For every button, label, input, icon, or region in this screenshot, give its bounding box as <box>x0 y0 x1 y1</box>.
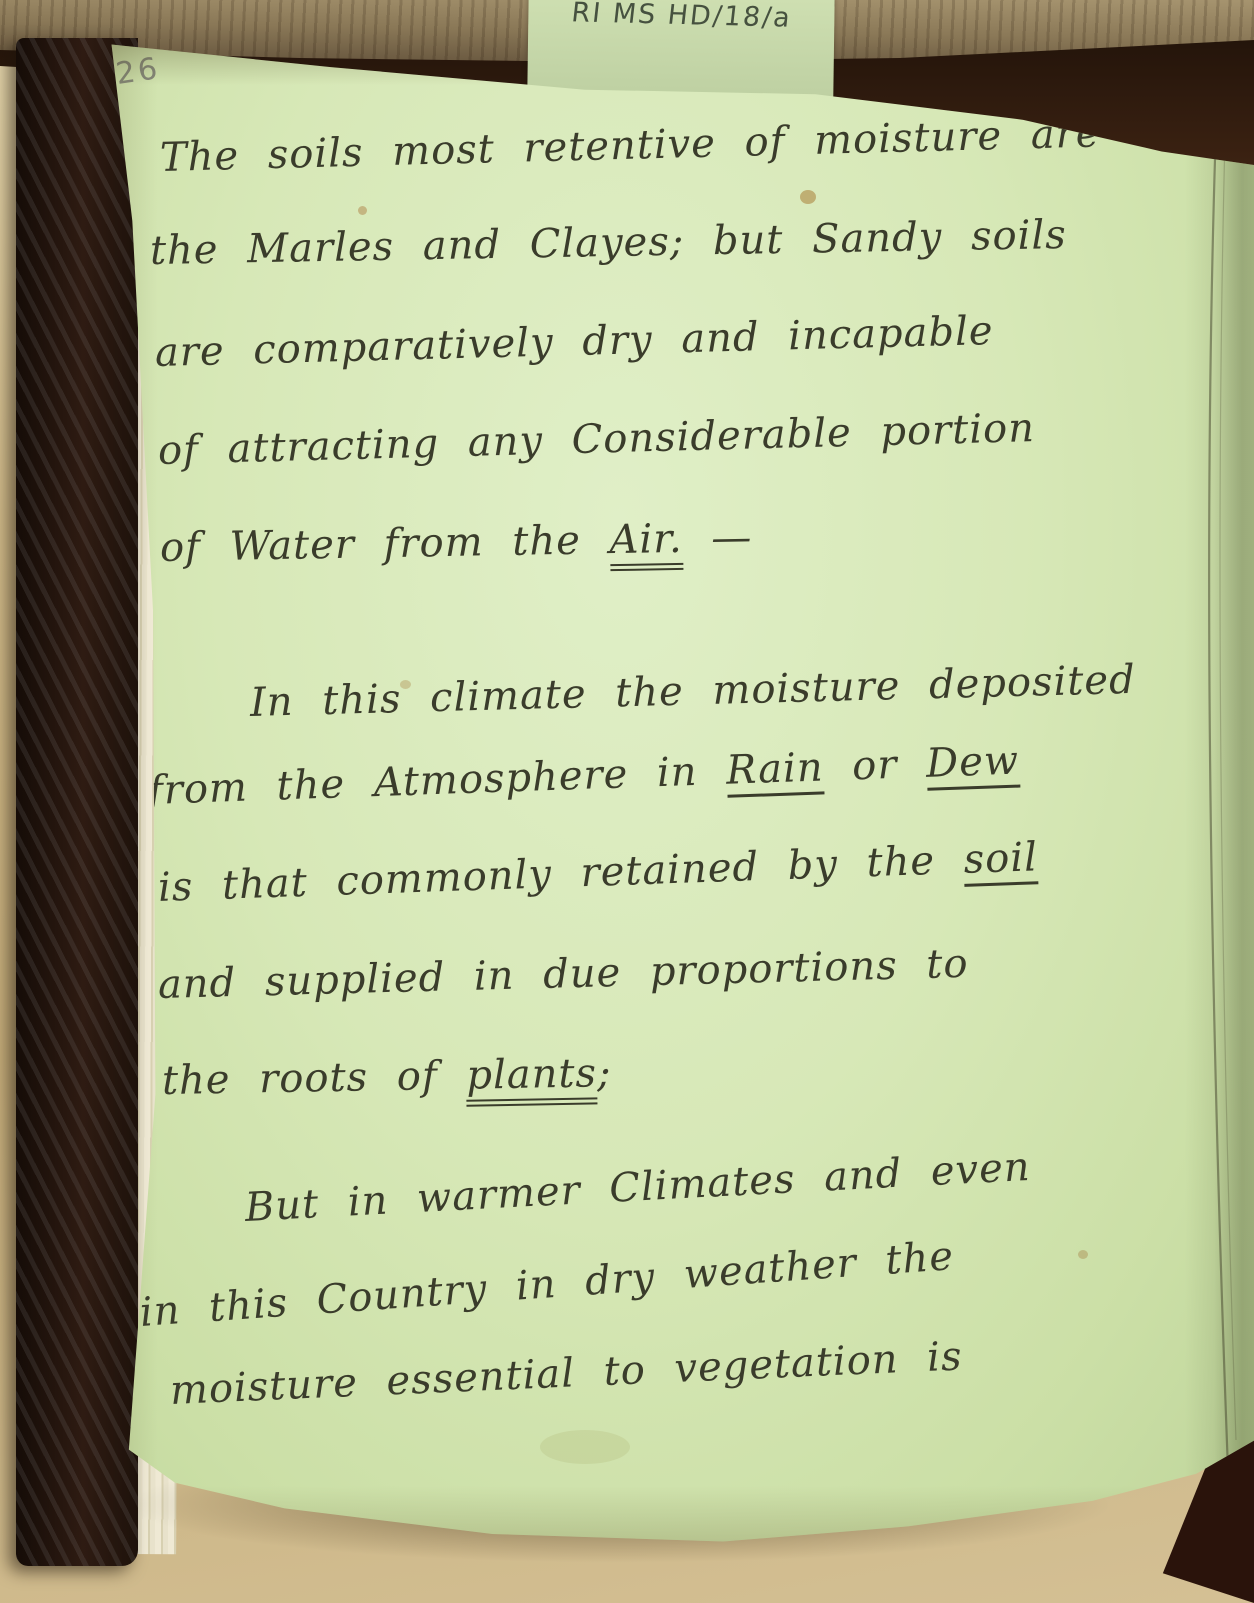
manuscript-text: In this climate the moisture deposited <box>249 657 1136 726</box>
manuscript-text: moisture essential to vegetation is <box>169 1333 963 1414</box>
manuscript-line: and supplied in due proportions to <box>157 941 969 1008</box>
underlined-word: Dew <box>925 738 1020 791</box>
manuscript-text: — <box>682 515 753 562</box>
underlined-word: Air. <box>609 516 683 571</box>
manuscript-line: from the Atmosphere in Rain or Dew <box>147 738 1020 814</box>
manuscript-text: The soils most retentive of moisture are <box>159 110 1101 181</box>
manuscript-text: But in warmer Climates and even <box>244 1144 1032 1231</box>
manuscript-text: the roots of <box>162 1053 467 1104</box>
manuscript-line: the roots of plants; <box>162 1050 612 1104</box>
underlined-word: soil <box>963 834 1039 887</box>
manuscript-line: in this Country in dry weather the <box>138 1233 955 1336</box>
manuscript-line: of Water from the Air. — <box>160 515 753 571</box>
manuscript-text: of attracting any Considerable portion <box>157 405 1035 474</box>
manuscript-line: But in warmer Climates and even <box>244 1144 1032 1231</box>
archive-tag: RI MS HD/18/a <box>527 0 834 98</box>
manuscript-text: ; <box>597 1050 612 1096</box>
manuscript-lines: The soils most retentive of moisture are… <box>100 40 1254 1546</box>
manuscript-line: moisture essential to vegetation is <box>169 1333 963 1414</box>
manuscript-text: of Water from the <box>160 517 610 571</box>
manuscript-text: from the Atmosphere in <box>147 748 727 814</box>
manuscript-text: in this Country in dry weather the <box>138 1233 955 1336</box>
manuscript-line: are comparatively dry and incapable <box>154 308 994 376</box>
photo-scene: RI MS HD/18/a 26 The soils most retentiv… <box>0 0 1254 1603</box>
manuscript-text: is that commonly retained by the <box>157 837 964 911</box>
manuscript-line: In this climate the moisture deposited <box>249 657 1136 726</box>
underlined-word: plants <box>466 1050 598 1106</box>
manuscript-line: of attracting any Considerable portion <box>157 405 1035 474</box>
manuscript-text: or <box>823 741 927 791</box>
book-cover-left <box>16 38 138 1566</box>
manuscript-line: the Marles and Clayes; but Sandy soils <box>150 212 1067 274</box>
manuscript-line: The soils most retentive of moisture are <box>159 110 1101 181</box>
manuscript-text: are comparatively dry and incapable <box>154 308 994 376</box>
manuscript-text: and supplied in due proportions to <box>157 941 969 1008</box>
archive-tag-label: RI MS HD/18/a <box>570 0 794 34</box>
manuscript-text: the Marles and Clayes; but Sandy soils <box>150 212 1067 274</box>
underlined-word: Rain <box>725 744 824 797</box>
manuscript-page: 26 The soils most retentive of moisture … <box>100 40 1254 1546</box>
manuscript-line: is that commonly retained by the soil <box>157 834 1038 911</box>
